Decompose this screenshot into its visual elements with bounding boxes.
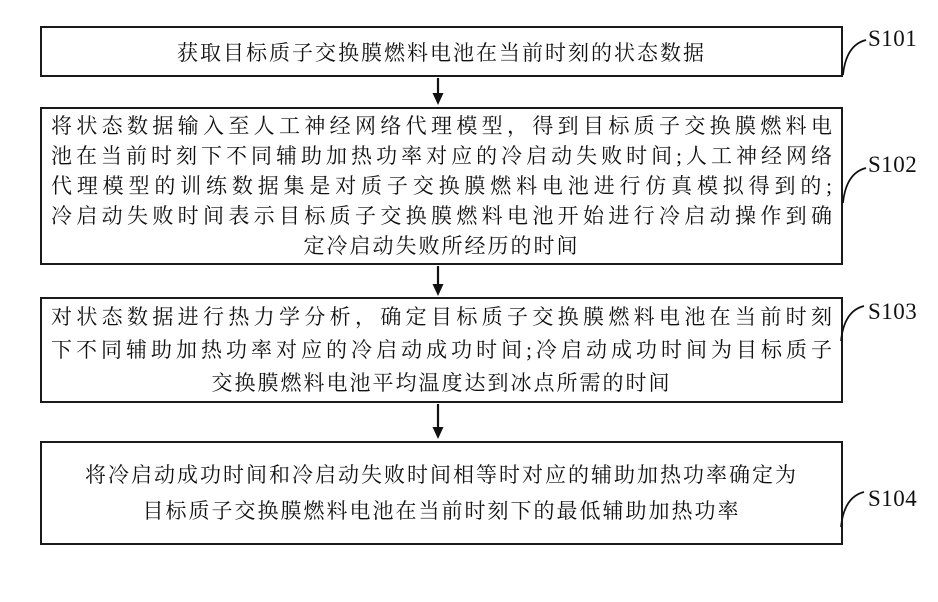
leader-line-s101 xyxy=(840,36,868,76)
flow-box-line: 将冷启动成功时间和冷启动失败时间相等时对应的辅助加热功率确定为 xyxy=(51,457,832,493)
step-label-s104: S104 xyxy=(868,486,917,512)
flow-box-line: 对状态数据进行热力学分析，确定目标质子交换膜燃料电池在当前时刻 xyxy=(51,301,832,334)
down-arrow-icon xyxy=(431,78,445,106)
step-label-s103: S103 xyxy=(868,299,917,325)
flow-box-line: 冷启动失败时间表示目标质子交换膜燃料电池开始进行冷启动操作到确 xyxy=(51,201,832,231)
down-arrow-icon xyxy=(431,266,445,297)
flow-box-line: 定冷启动失败所经历的时间 xyxy=(51,231,832,261)
flow-box-line: 将状态数据输入至人工神经网络代理模型，得到目标质子交换膜燃料电 xyxy=(51,111,832,141)
flow-box-line: 下不同辅助加热功率对应的冷启动成功时间;冷启动成功时间为目标质子 xyxy=(51,334,832,367)
flow-box-line: 获取目标质子交换膜燃料电池在当前时刻的状态数据 xyxy=(51,37,832,67)
flow-box-line: 目标质子交换膜燃料电池在当前时刻下的最低辅助加热功率 xyxy=(51,493,832,529)
flow-box-s102: 将状态数据输入至人工神经网络代理模型，得到目标质子交换膜燃料电 池在当前时刻下不… xyxy=(40,107,843,265)
step-label-s101: S101 xyxy=(868,26,917,52)
leader-line-s104 xyxy=(838,488,866,528)
flow-box-line: 池在当前时刻下不同辅助加热功率对应的冷启动失败时间;人工神经网络 xyxy=(51,141,832,171)
leader-line-s102 xyxy=(840,164,868,204)
patent-flowchart: 获取目标质子交换膜燃料电池在当前时刻的状态数据 S101 将状态数据输入至人工神… xyxy=(0,0,938,602)
flow-box-s104: 将冷启动成功时间和冷启动失败时间相等时对应的辅助加热功率确定为 目标质子交换膜燃… xyxy=(40,441,843,545)
step-label-s102: S102 xyxy=(868,152,917,178)
leader-line-s103 xyxy=(838,302,866,342)
flow-box-s103: 对状态数据进行热力学分析，确定目标质子交换膜燃料电池在当前时刻 下不同辅助加热功… xyxy=(40,297,843,403)
flow-box-line: 交换膜燃料电池平均温度达到冰点所需的时间 xyxy=(51,367,832,400)
flow-box-line: 代理模型的训练数据集是对质子交换膜燃料电池进行仿真模拟得到的; xyxy=(51,171,832,201)
down-arrow-icon xyxy=(431,404,445,440)
flow-box-s101: 获取目标质子交换膜燃料电池在当前时刻的状态数据 xyxy=(40,26,843,77)
